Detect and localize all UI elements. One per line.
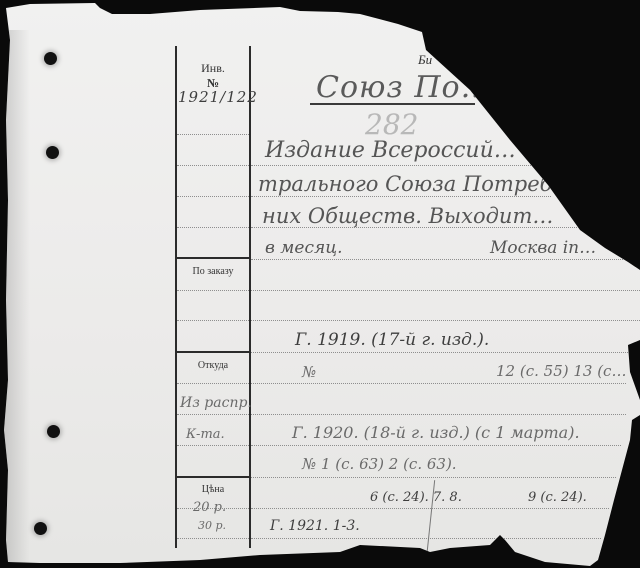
inventory-label: Инв. xyxy=(177,61,249,76)
ruling-line xyxy=(177,383,249,384)
punch-hole xyxy=(47,425,60,438)
holdings-issues-1919-right: 12 (с. 55) 13 (с… xyxy=(496,362,626,380)
ruling-line xyxy=(251,320,640,321)
section-divider xyxy=(175,351,251,353)
ruling-line xyxy=(251,477,616,478)
ruling-line xyxy=(251,414,626,415)
price-value-line1: 20 р. xyxy=(193,500,226,515)
price-value-line2: 30 р. xyxy=(198,519,226,532)
punch-hole xyxy=(34,522,47,535)
ruling-line xyxy=(251,196,551,197)
description-line: Издание Всероссий… xyxy=(265,138,516,163)
column-rule-left xyxy=(175,46,177,548)
order-label: По заказу xyxy=(177,266,249,277)
column-rule-right xyxy=(249,46,251,548)
description-line: в месяц. xyxy=(265,238,343,258)
description-line: них Обществ. Выходит… xyxy=(262,204,553,228)
title-underline xyxy=(310,103,475,105)
title-handwritten: Союз По… xyxy=(316,70,492,105)
ruling-line xyxy=(251,508,609,509)
holdings-issues-1919-left: № xyxy=(302,363,316,381)
ruling-line xyxy=(177,227,249,228)
holdings-issues-1920-cont-right: 9 (с. 24). xyxy=(528,490,587,505)
holdings-year-1921: Г. 1921. 1-3. xyxy=(270,518,360,534)
ruling-line xyxy=(251,445,621,446)
source-label: Откуда xyxy=(177,360,249,371)
catalog-card: Би Союз По… 282 Инв. № 1921/122 По заказ… xyxy=(0,0,640,568)
ruling-line xyxy=(251,259,631,260)
holdings-year-1919: Г. 1919. (17-й г. изд.). xyxy=(295,330,489,350)
shelf-number: 282 xyxy=(365,108,418,141)
source-value-line1: Из распр. xyxy=(180,395,252,411)
paper-shadow xyxy=(0,30,30,568)
ruling-line xyxy=(177,320,249,321)
punch-hole xyxy=(44,52,57,65)
ruling-line xyxy=(251,538,601,539)
ruling-line xyxy=(177,538,249,539)
ruling-line xyxy=(177,414,249,415)
holdings-issues-1920-cont-left: 6 (с. 24). 7. 8. xyxy=(370,490,462,505)
holdings-year-1920: Г. 1920. (18-й г. изд.) (с 1 марта). xyxy=(292,423,580,442)
description-line: трального Союза Потреби… xyxy=(258,172,587,196)
section-divider xyxy=(175,476,251,478)
ruling-line xyxy=(251,352,640,353)
description-line: Москва in… xyxy=(490,238,596,258)
ruling-line xyxy=(177,445,249,446)
ruling-line xyxy=(251,383,626,384)
ruling-line xyxy=(251,165,531,166)
price-label: Цѣна xyxy=(177,484,249,495)
ruling-line xyxy=(177,290,249,291)
source-value-line2: К-та. xyxy=(186,427,225,442)
ruling-line xyxy=(177,165,249,166)
ruling-line xyxy=(177,134,249,135)
ruling-line xyxy=(177,196,249,197)
printed-label-fragment: Би xyxy=(418,52,432,68)
holdings-issues-1920: № 1 (с. 63) 2 (с. 63). xyxy=(302,455,457,473)
punch-hole xyxy=(46,146,59,159)
ruling-line xyxy=(251,290,640,291)
section-divider xyxy=(175,257,251,259)
inventory-value: 1921/122 xyxy=(178,88,258,106)
